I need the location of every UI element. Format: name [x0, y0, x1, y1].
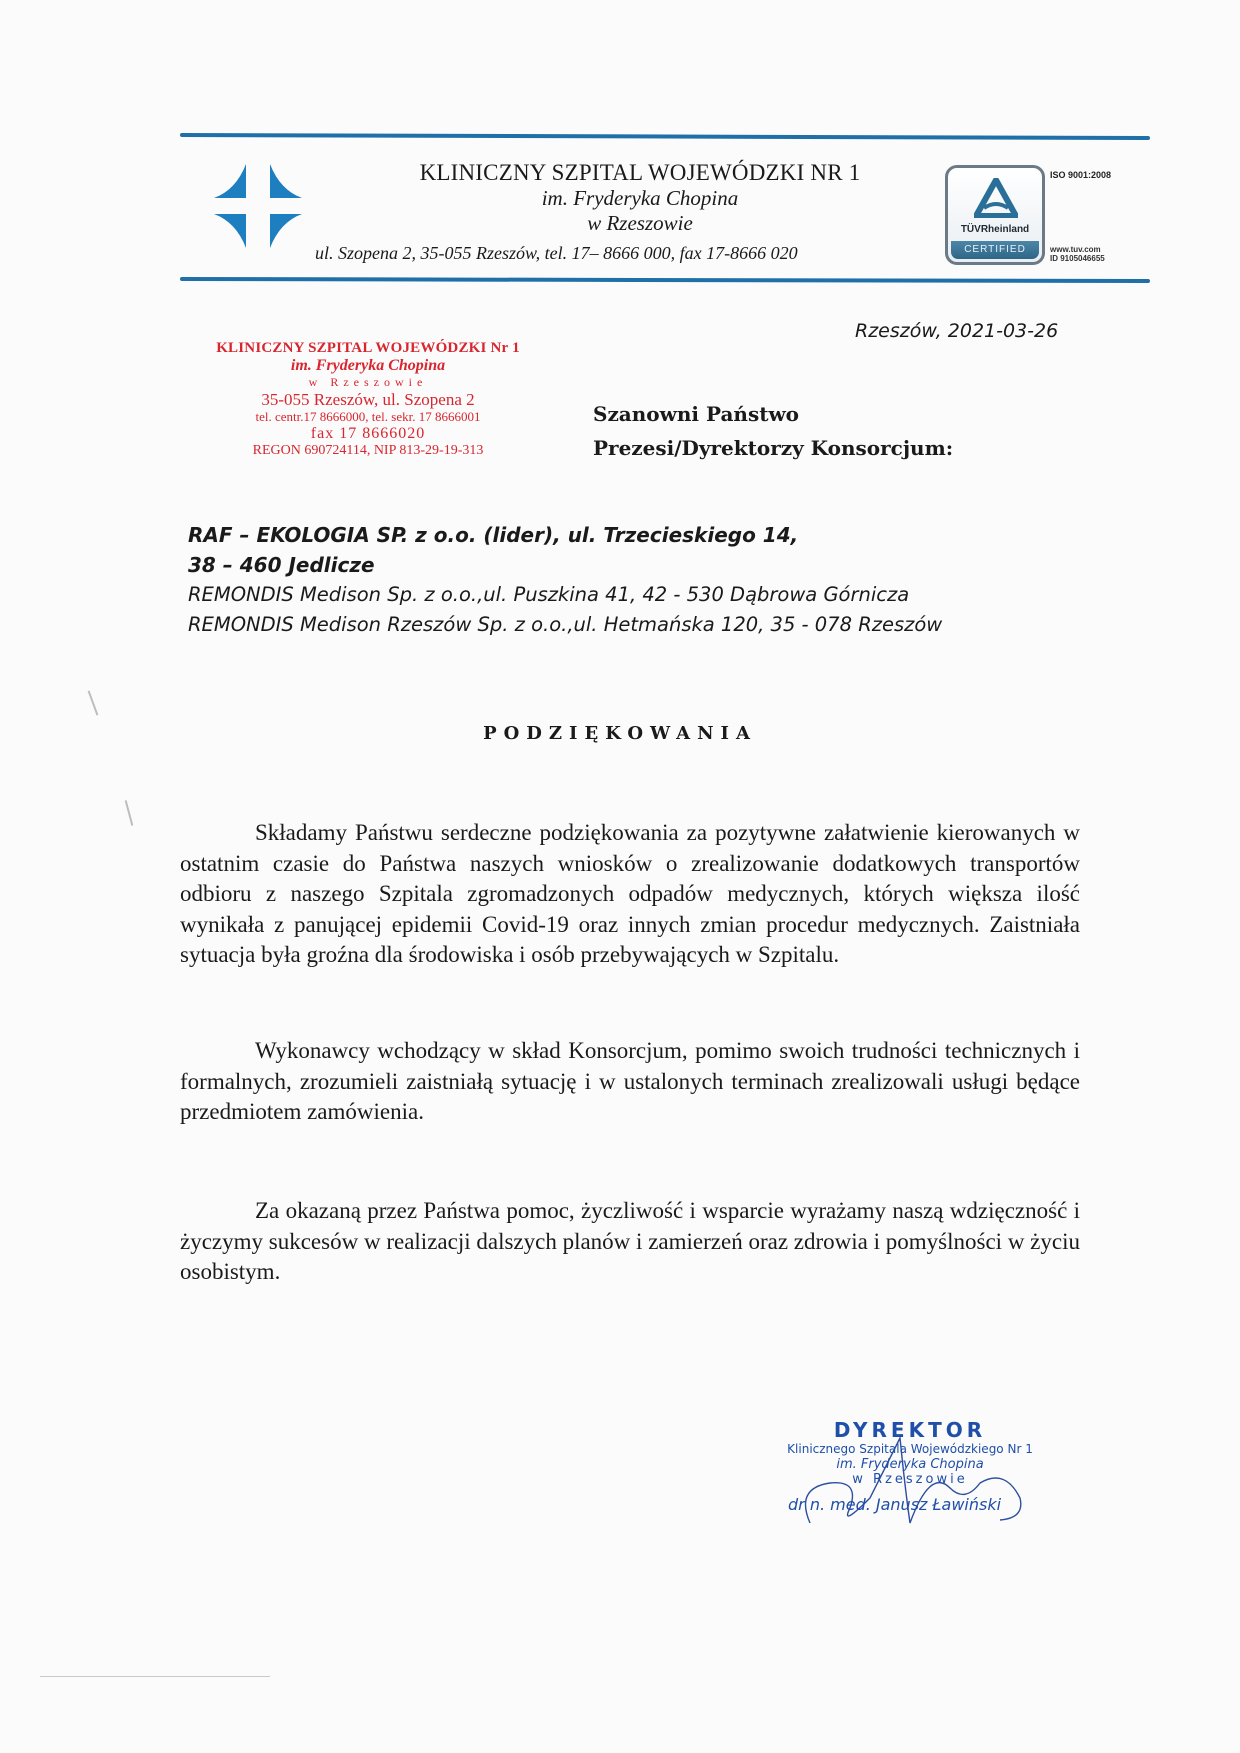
tuv-reference: www.tuv.com ID 9105046655	[1050, 245, 1105, 263]
tuv-triangle-icon	[974, 178, 1018, 218]
body-paragraph-2: Wykonawcy wchodzący w skład Konsorcjum, …	[180, 1036, 1080, 1128]
paragraph-text: Za okazaną przez Państwa pomoc, życzliwo…	[180, 1196, 1080, 1288]
recipient-member-1: REMONDIS Medison Sp. z o.o.,ul. Puszkina…	[188, 580, 1088, 610]
stamp-line-6: fax 17 8666020	[208, 425, 528, 442]
tuv-certification-badge: TÜVRheinland CERTIFIED	[945, 165, 1045, 265]
stamp-line-4: 35-055 Rzeszów, ul. Szopena 2	[208, 391, 528, 408]
signature-role: DYREKTOR	[770, 1418, 1050, 1442]
signature-org-line-3: w Rzeszowie	[770, 1472, 1050, 1487]
stamp-line-3: w Rzeszowie	[208, 374, 528, 391]
letterhead-top-rule	[180, 133, 1150, 140]
salutation: Szanowni Państwo Prezesi/Dyrektorzy Kons…	[593, 397, 953, 465]
scan-mark	[88, 690, 99, 715]
hospital-cross-logo-icon	[212, 160, 304, 252]
body-paragraph-1: Składamy Państwu serdeczne podziękowania…	[180, 818, 1080, 971]
salutation-line-2: Prezesi/Dyrektorzy Konsorcjum:	[593, 431, 953, 465]
recipient-lead-line-1: RAF – EKOLOGIA SP. z o.o. (lider), ul. T…	[188, 520, 1088, 550]
tuv-id: ID 9105046655	[1050, 254, 1105, 263]
recipient-member-2: REMONDIS Medison Rzeszów Sp. z o.o.,ul. …	[188, 610, 1088, 640]
recipients-block: RAF – EKOLOGIA SP. z o.o. (lider), ul. T…	[188, 520, 1088, 640]
stamp-line-7: REGON 690724114, NIP 813-29-19-313	[208, 442, 528, 459]
signature-org-line-1: Klinicznego Szpitala Wojewódzkiego Nr 1	[770, 1442, 1050, 1457]
footer-rule	[40, 1676, 270, 1677]
scan-mark	[125, 800, 134, 826]
signature-name: dr n. med. Janusz Ławiński	[770, 1495, 1050, 1514]
document-title: PODZIĘKOWANIA	[0, 723, 1240, 744]
stamp-line-1: KLINICZNY SZPITAL WOJEWÓDZKI Nr 1	[208, 340, 528, 357]
paragraph-text: Wykonawcy wchodzący w skład Konsorcjum, …	[180, 1036, 1080, 1128]
hospital-stamp: KLINICZNY SZPITAL WOJEWÓDZKI Nr 1 im. Fr…	[208, 340, 528, 459]
tuv-website: www.tuv.com	[1050, 245, 1105, 254]
director-signature-stamp: DYREKTOR Klinicznego Szpitala Wojewódzki…	[770, 1418, 1050, 1514]
stamp-line-5: tel. centr.17 8666000, tel. sekr. 17 866…	[208, 408, 528, 425]
letterhead-bottom-rule	[180, 277, 1150, 283]
letter-date: Rzeszów, 2021-03-26	[855, 320, 1058, 342]
tuv-brand: TÜVRheinland	[948, 224, 1042, 235]
iso-standard: ISO 9001:2008	[1050, 170, 1111, 180]
tuv-certified-label: CERTIFIED	[951, 241, 1039, 259]
letterhead-text: KLINICZNY SZPITAL WOJEWÓDZKI NR 1 im. Fr…	[340, 160, 940, 236]
body-paragraph-3: Za okazaną przez Państwa pomoc, życzliwo…	[180, 1196, 1080, 1288]
paragraph-text: Składamy Państwu serdeczne podziękowania…	[180, 818, 1080, 971]
stamp-line-2: im. Fryderyka Chopina	[208, 357, 528, 374]
institution-address: ul. Szopena 2, 35-055 Rzeszów, tel. 17– …	[315, 243, 798, 264]
institution-name: KLINICZNY SZPITAL WOJEWÓDZKI NR 1	[340, 160, 940, 186]
institution-city: w Rzeszowie	[340, 211, 940, 236]
recipient-lead-line-2: 38 – 460 Jedlicze	[188, 550, 1088, 580]
salutation-line-1: Szanowni Państwo	[593, 397, 953, 431]
signature-org-line-2: im. Fryderyka Chopina	[770, 1457, 1050, 1472]
institution-patron: im. Fryderyka Chopina	[340, 186, 940, 211]
